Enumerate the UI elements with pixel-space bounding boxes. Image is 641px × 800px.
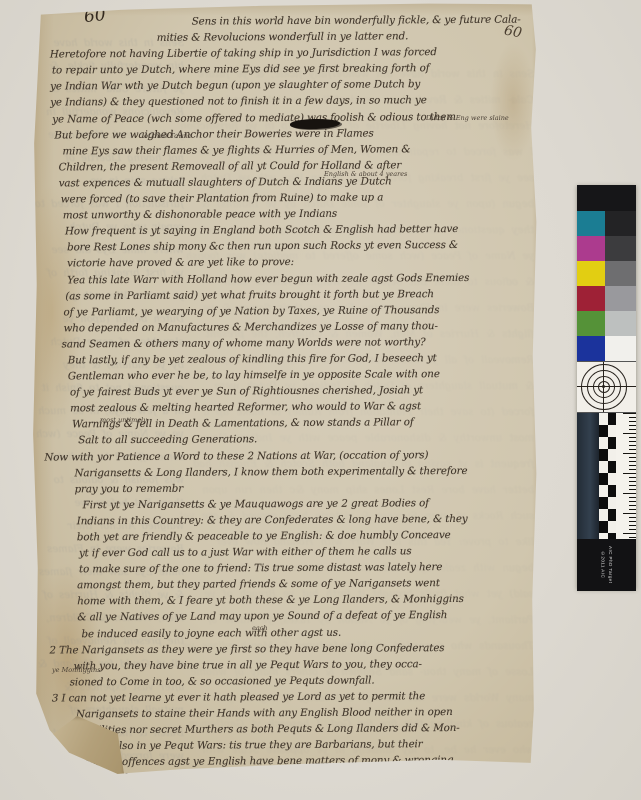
bullseye-target-icon (577, 361, 636, 412)
color-patch-row (577, 286, 636, 311)
ruler-scale (616, 413, 636, 539)
checker-column (608, 413, 617, 539)
gray-patch (605, 336, 636, 361)
color-patch (577, 211, 605, 236)
gray-patch (605, 286, 636, 311)
color-patch (577, 261, 605, 286)
interlineation-note: English & about 4 yeares (324, 170, 407, 178)
slate-density-strip (577, 413, 599, 539)
target-label: AIC PhD Target ©2011 AIC (599, 546, 614, 583)
color-patch (577, 336, 605, 361)
photograph-background: Sens in this world have bin wonderfully … (0, 0, 641, 800)
manuscript-lines: Sens in this world have bin wonderfully … (42, 11, 541, 787)
color-patch (577, 286, 605, 311)
gray-patch (605, 211, 636, 236)
target-label-line1: AIC PhD Target (608, 546, 613, 583)
manuscript-line: Indians in this Countrey: & they are Con… (45, 510, 539, 529)
interlineation-note: Dutch & Eng were slaine (426, 114, 509, 122)
interlineation-note: of their Towne (144, 132, 192, 140)
gray-patch (605, 236, 636, 261)
interlineation-note: most untimely (100, 416, 147, 424)
color-patch-row (577, 336, 636, 361)
manuscript-line: Sens in this world have bin wonderfully … (42, 11, 536, 30)
color-calibration-target: AIC PhD Target ©2011 AIC (577, 185, 636, 589)
ruler-section (577, 412, 636, 539)
interlineation-note: each (252, 624, 268, 632)
gray-patch (605, 261, 636, 286)
bullseye-center-dot (602, 385, 605, 388)
target-black-header (577, 185, 636, 211)
color-patch (577, 236, 605, 261)
ruler-minor-ticks (629, 413, 636, 539)
color-patch-row (577, 261, 636, 286)
manuscript-page: Sens in this world have bin wonderfully … (28, 2, 542, 788)
color-patch-rows (577, 211, 636, 361)
target-black-footer: AIC PhD Target ©2011 AIC (577, 539, 636, 591)
manuscript-line: Yea this late Warr with Holland how ever… (43, 269, 537, 288)
color-patch-row (577, 311, 636, 336)
target-label-line2: ©2011 AIC (601, 551, 606, 578)
checkerboard-strip (599, 413, 616, 539)
gray-patch (605, 311, 636, 336)
color-patch-row (577, 236, 636, 261)
checker-column (599, 413, 608, 539)
color-patch (577, 311, 605, 336)
manuscript-line: Narigansetts & Long Ilanders, I know the… (44, 462, 538, 481)
interlineation-note: ye Monhiggins (52, 666, 101, 674)
color-patch-row (577, 211, 636, 236)
